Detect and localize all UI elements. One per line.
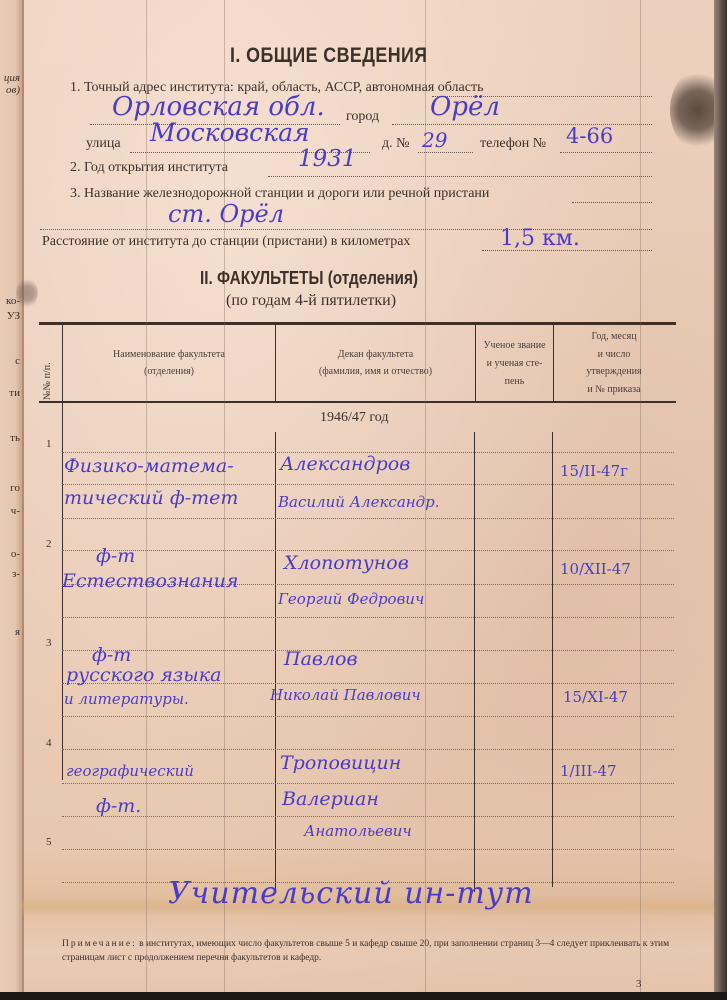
city-value: Орёл <box>430 92 500 122</box>
dean-name: Анатольевич <box>304 822 412 840</box>
approval-date: 10/XII-47 <box>560 560 631 578</box>
col-header-date: Год, месяц и число утверждения и № прика… <box>554 328 674 398</box>
col-header-date-line2: и число <box>554 346 674 364</box>
table-top-border <box>39 322 676 325</box>
stain <box>16 278 38 308</box>
col-header-degree-line2: и ученая сте- <box>476 355 553 373</box>
col-header-degree: Ученое звание и ученая сте- пень <box>476 337 553 391</box>
scan-border <box>0 992 727 1000</box>
table-header-border <box>39 401 676 403</box>
section2-subtitle: (по годам 4-й пятилетки) <box>226 292 396 310</box>
q3-value: ст. Орёл <box>168 200 284 228</box>
phone-label: телефон № <box>480 136 546 152</box>
dean-name: Георгий Федрович <box>278 590 424 608</box>
left-fragment: ти <box>9 387 20 399</box>
col-header-num: №№ п/п. <box>42 362 53 400</box>
left-fragment: ч- <box>11 505 20 517</box>
left-fragment: з- <box>12 568 20 580</box>
distance-label: Расстояние от института до станции (прис… <box>42 234 410 250</box>
section2-title: II. ФАКУЛЬТЕТЫ (отделения) <box>200 268 418 289</box>
dean-name: Павлов <box>284 648 358 670</box>
approval-date: 15/XI-47 <box>563 688 628 706</box>
section1-title: I. ОБЩИЕ СВЕДЕНИЯ <box>230 44 428 68</box>
q2-value: 1931 <box>298 146 357 172</box>
left-fragment: ть <box>10 432 20 444</box>
col-header-faculty: Наименование факультета (отделения) <box>64 346 274 380</box>
row-rule <box>62 783 674 784</box>
handwritten-institute-type: Учительский ин-тут <box>168 876 534 911</box>
col-header-dean-line2: (фамилия, имя и отчество) <box>277 363 474 380</box>
col-header-faculty-line2: (отделения) <box>64 363 274 380</box>
faculty-name: географический <box>66 762 194 780</box>
row-rule <box>62 617 674 618</box>
col-header-faculty-line1: Наименование факультета <box>64 346 274 363</box>
phone-value: 4-66 <box>566 124 613 148</box>
footnote-text: в институтах, имеющих число факультетов … <box>62 939 669 963</box>
row-rule <box>62 716 674 717</box>
row-rule <box>62 650 674 651</box>
left-fragment: го <box>10 482 20 494</box>
left-fragment: с <box>15 355 20 367</box>
row-rule <box>62 816 674 817</box>
show-through-line <box>640 0 641 1000</box>
dean-name: Хлопотунов <box>284 552 409 574</box>
right-page-edge <box>714 0 727 1000</box>
left-fragment: я <box>15 626 20 638</box>
row-rule <box>62 518 674 519</box>
col-divider <box>275 325 276 402</box>
faculty-name: Естествознания <box>62 570 238 592</box>
left-fragment: ция <box>4 72 20 84</box>
dean-name: Николай Павлович <box>270 686 421 704</box>
faculty-name: Физико-матема- <box>64 455 234 477</box>
faculty-name: ф-т <box>92 644 131 666</box>
street-value: Московская <box>150 118 310 147</box>
city-label: город <box>346 109 379 125</box>
dean-name: Александров <box>280 453 410 475</box>
dean-name: Троповицин <box>280 752 401 774</box>
house-line <box>418 152 473 153</box>
row-rule <box>62 550 674 551</box>
col-header-date-line1: Год, месяц <box>554 328 674 346</box>
house-label: д. № <box>382 136 409 152</box>
row-number: 3 <box>46 637 52 649</box>
q2-line <box>268 176 652 177</box>
faculty-name: русского языка <box>66 664 221 686</box>
left-fragment: ов) <box>6 84 20 96</box>
col-divider <box>62 325 63 780</box>
left-fragment: УЗ <box>7 310 20 322</box>
row-rule <box>62 484 674 485</box>
footnote-label: Примечание: <box>62 939 137 949</box>
dean-name: Василий Александр. <box>278 493 440 511</box>
col-header-date-line3: утверждения <box>554 363 674 381</box>
col-header-degree-line1: Ученое звание <box>476 337 553 355</box>
col-divider <box>552 432 553 887</box>
approval-date: 15/II-47г <box>560 462 628 480</box>
footnote: Примечание: в институтах, имеющих число … <box>62 938 682 966</box>
approval-date: 1/III-47 <box>560 762 617 780</box>
q2-label: 2. Год открытия института <box>70 160 228 176</box>
row-number: 2 <box>46 538 52 550</box>
row-number: 1 <box>46 438 52 450</box>
dean-name: Валериан <box>282 788 379 810</box>
col-header-dean: Декан факультета (фамилия, имя и отчеств… <box>277 346 474 380</box>
street-label: улица <box>86 136 121 152</box>
left-fragment: о- <box>11 548 20 560</box>
year-label: 1946/47 год <box>320 410 389 426</box>
col-header-date-line4: и № приказа <box>554 381 674 399</box>
faculty-name: тический ф-тет <box>64 487 238 509</box>
phone-line <box>560 152 652 153</box>
row-rule <box>62 849 674 850</box>
col-divider <box>275 432 276 892</box>
left-page-edge: ция ов) ко- УЗ с ти ть го ч- о- з- я <box>0 0 22 1000</box>
faculty-name: ф-т <box>96 545 135 567</box>
page-number: 3 <box>636 978 642 990</box>
faculty-name: и литературы. <box>64 690 189 708</box>
row-number: 4 <box>46 737 52 749</box>
faculty-name: ф-т. <box>96 795 141 817</box>
row-rule <box>62 749 674 750</box>
col-header-dean-line1: Декан факультета <box>277 346 474 363</box>
distance-value: 1,5 км. <box>500 226 580 251</box>
col-divider <box>474 432 475 892</box>
col-header-degree-line3: пень <box>476 373 553 391</box>
row-number: 5 <box>46 836 52 848</box>
